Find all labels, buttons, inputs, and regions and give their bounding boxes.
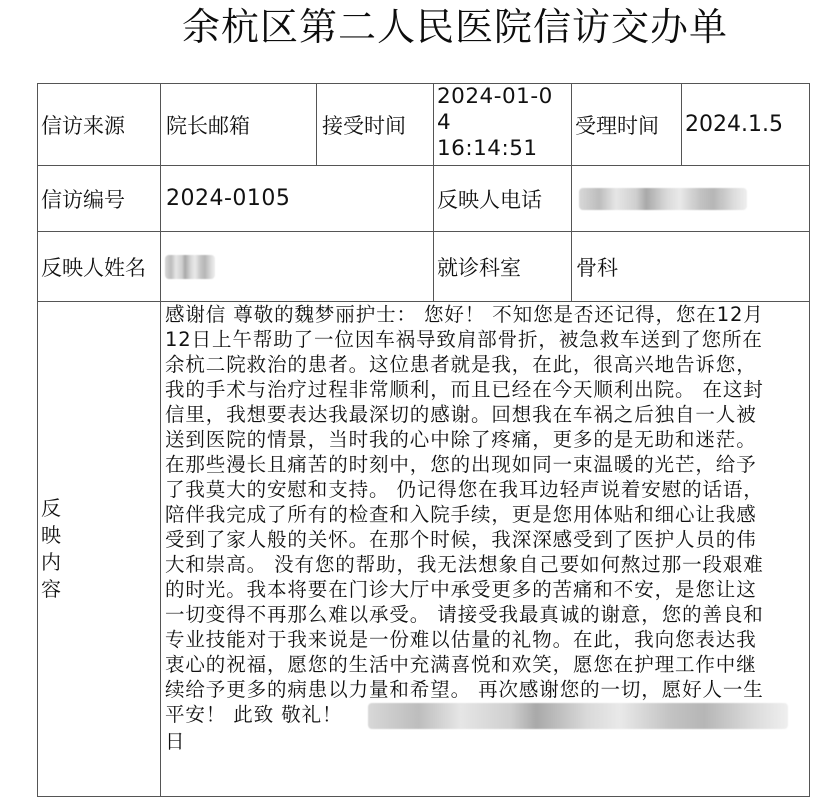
number-label: 信访编号 (41, 184, 125, 214)
letter-line: 我的手术与治疗过程非常顺利，而且已经在今天顺利出院。 在这封 (165, 377, 788, 402)
letter-line: 在那些漫长且痛苦的时刻中，您的出现如同一束温暖的光芒，给予 (165, 452, 788, 477)
letter-line: 衷心的祝福，愿您的生活中充满喜悦和欢笑，愿您在护理工作中继 (165, 652, 788, 677)
accepted-value-cell: 2024.1.5 (681, 83, 810, 165)
phone-label: 反映人电话 (437, 184, 542, 214)
letter-body: 感谢信 尊敬的魏梦丽护士： 您好！ 不知您是否还记得，您在12月 12日上午帮助… (165, 302, 788, 754)
received-label-cell: 接受时间 (316, 83, 433, 165)
letter-line: 信里，我想要表达我最深切的感谢。回想我在车祸之后独自一人被 (165, 402, 788, 427)
name-value-cell (160, 231, 433, 301)
letter-line: 一切变得不再那么难以承受。 请接受我最真诚的谢意，您的善良和 (165, 602, 788, 627)
content-label: 反 映 内 容 (41, 495, 61, 603)
signature-redacted (368, 703, 788, 729)
letter-date-line: 日 (165, 729, 788, 754)
received-label: 接受时间 (322, 110, 406, 140)
accepted-label-cell: 受理时间 (571, 83, 681, 165)
phone-label-cell: 反映人电话 (433, 165, 571, 231)
letter-line: 了我莫大的安慰和支持。 仍记得您在我耳边轻声说着安慰的话语， (165, 477, 788, 502)
department-label-cell: 就诊科室 (433, 231, 571, 301)
phone-value-cell (571, 165, 810, 231)
phone-value-redacted (579, 188, 747, 210)
received-value: 2024-01-0 4 16:14:51 (437, 84, 553, 162)
letter-line: 余杭二院救治的患者。这位患者就是我，在此，很高兴地告诉您， (165, 352, 788, 377)
name-value-redacted (165, 255, 215, 279)
number-value-cell: 2024-0105 (160, 165, 433, 231)
source-value-cell: 院长邮箱 (160, 83, 316, 165)
letter-line: 大和崇高。 没有您的帮助，我无法想象自己要如何熬过那一段艰难 (165, 552, 788, 577)
source-label: 信访来源 (41, 110, 125, 140)
source-value: 院长邮箱 (166, 110, 250, 140)
received-value-cell: 2024-01-0 4 16:14:51 (433, 83, 571, 165)
number-value: 2024-0105 (166, 186, 290, 211)
letter-closing-line: 平安！ 此致 敬礼！ (165, 702, 788, 729)
petition-form-table: 信访来源 院长邮箱 接受时间 2024-01-0 4 16:14:51 受理时间… (37, 83, 810, 797)
letter-line: 续给予更多的病患以力量和希望。 再次感谢您的一切，愿好人一生 (165, 677, 788, 702)
content-label-cell: 反 映 内 容 (37, 301, 160, 797)
letter-line: 陪伴我完成了所有的检查和入院手续，更是您用体贴和细心让我感 (165, 502, 788, 527)
content-value-cell: 感谢信 尊敬的魏梦丽护士： 您好！ 不知您是否还记得，您在12月 12日上午帮助… (160, 301, 810, 797)
department-label: 就诊科室 (437, 252, 521, 282)
letter-line: 感谢信 尊敬的魏梦丽护士： 您好！ 不知您是否还记得，您在12月 (165, 302, 788, 327)
document-title: 余杭区第二人民医院信访交办单 (0, 4, 827, 50)
number-label-cell: 信访编号 (37, 165, 160, 231)
accepted-label: 受理时间 (575, 110, 659, 140)
letter-line: 的时光。我本将要在门诊大厅中承受更多的苦痛和不安，是您让这 (165, 577, 788, 602)
department-value-cell: 骨科 (571, 231, 810, 301)
department-value: 骨科 (576, 252, 618, 282)
name-label: 反映人姓名 (41, 252, 146, 282)
accepted-value: 2024.1.5 (685, 112, 783, 137)
letter-line: 送到医院的情景，当时我的心中除了疼痛，更多的是无助和迷茫。 (165, 427, 788, 452)
letter-line: 12日上午帮助了一位因车祸导致肩部骨折，被急救车送到了您所在 (165, 327, 788, 352)
source-label-cell: 信访来源 (37, 83, 160, 165)
letter-line: 专业技能对于我来说是一份难以估量的礼物。在此，我向您表达我 (165, 627, 788, 652)
name-label-cell: 反映人姓名 (37, 231, 160, 301)
letter-line: 受到了家人般的关怀。在那个时候，我深深感受到了医护人员的伟 (165, 527, 788, 552)
